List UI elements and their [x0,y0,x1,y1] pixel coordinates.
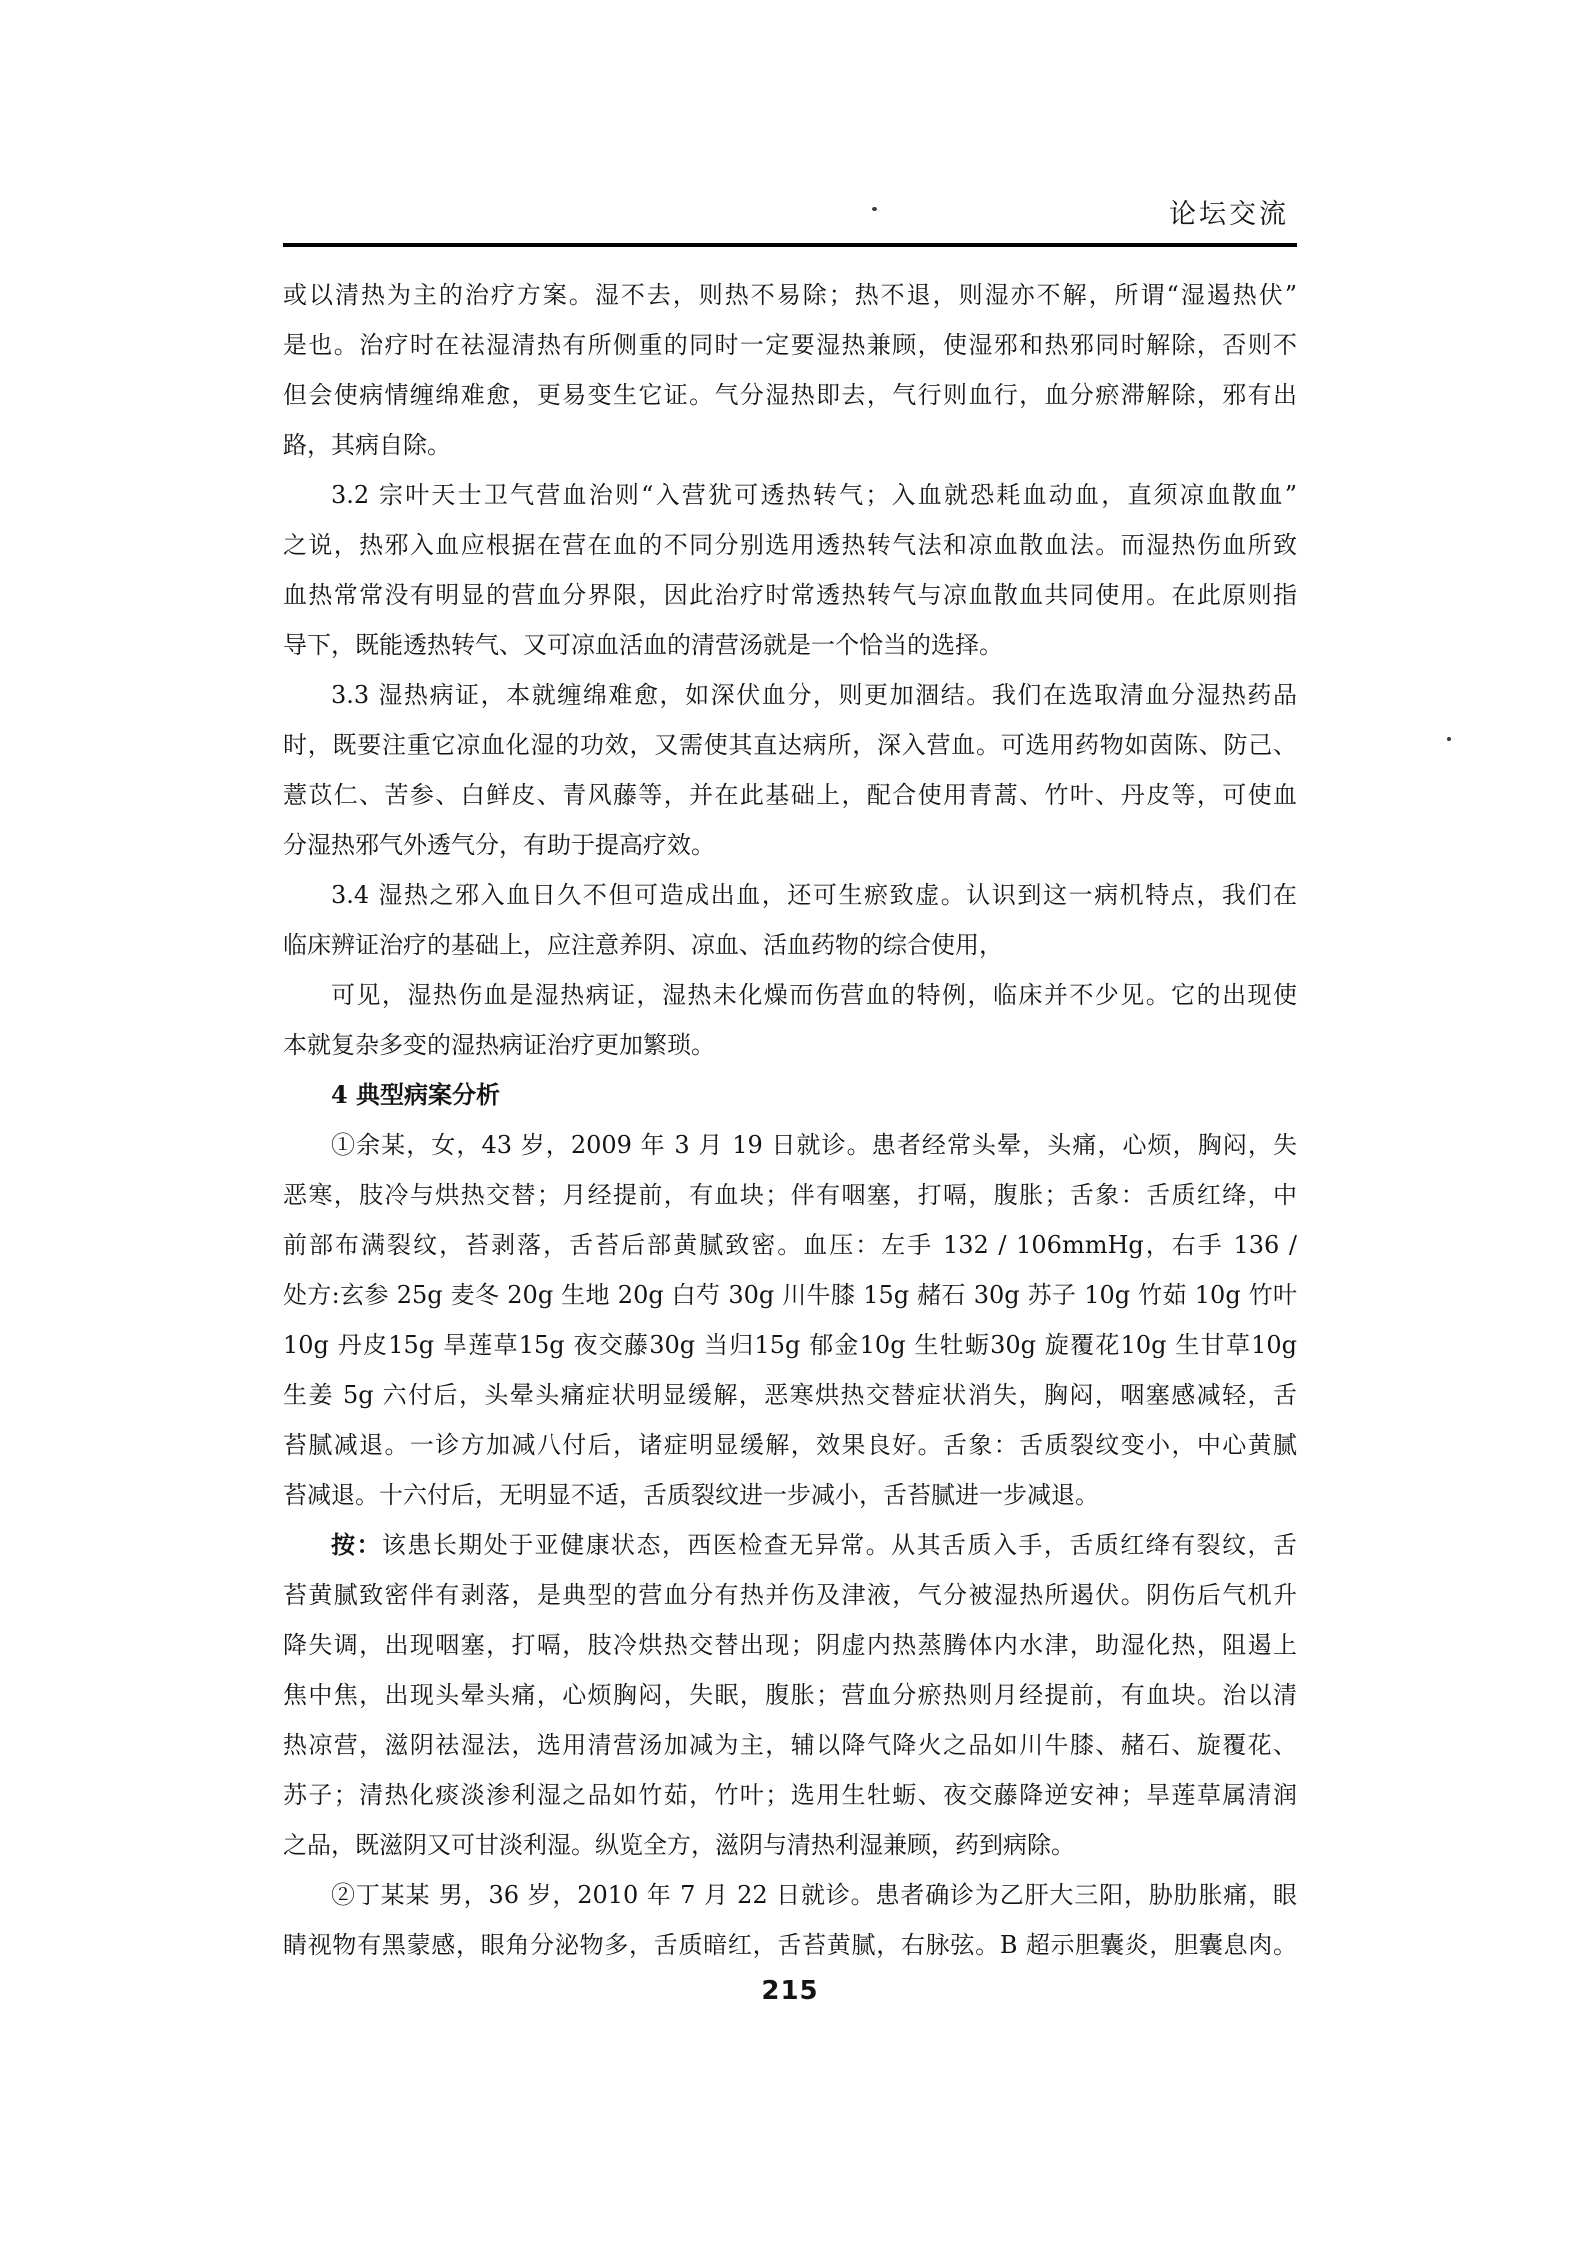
text-line: 3.2 宗叶天士卫气营血治则“入营犹可透热转气；入血就恐耗血动血，直须凉血散血” [283,470,1297,520]
text-line: 4 典型病案分析 [283,1070,1297,1120]
text-line: 焦中焦，出现头晕头痛，心烦胸闷，失眠，腹胀；营血分瘀热则月经提前，有血块。治以清 [283,1670,1297,1720]
document-body: 或以清热为主的治疗方案。湿不去，则热不易除；热不退，则湿亦不解，所谓“湿遏热伏”… [283,270,1297,1970]
text-line: 生姜 5g 六付后，头晕头痛症状明显缓解，恶寒烘热交替症状消失，胸闷，咽塞感减轻… [283,1370,1297,1420]
text-line: 路，其病自除。 [283,420,1297,470]
scan-speck [1447,737,1451,741]
text-line: 或以清热为主的治疗方案。湿不去，则热不易除；热不退，则湿亦不解，所谓“湿遏热伏” [283,270,1297,320]
text-line: 苔减退。十六付后，无明显不适，舌质裂纹进一步减小，舌苔腻进一步减退。 [283,1470,1297,1520]
scanned-page: 论坛交流 或以清热为主的治疗方案。湿不去，则热不易除；热不退，则湿亦不解，所谓“… [0,0,1586,2245]
page-number: 215 [283,1976,1297,2006]
text-line: ②丁某某 男，36 岁，2010 年 7 月 22 日就诊。患者确诊为乙肝大三阳… [283,1870,1297,1920]
text-line: 降失调，出现咽塞，打嗝，肢冷烘热交替出现；阴虚内热蒸腾体内水津，助湿化热，阻遏上 [283,1620,1297,1670]
text-line: 临床辨证治疗的基础上，应注意养阴、凉血、活血药物的综合使用， [283,920,1297,970]
text-line: 本就复杂多变的湿热病证治疗更加繁琐。 [283,1020,1297,1070]
text-line: 按：该患长期处于亚健康状态，西医检查无异常。从其舌质入手，舌质红绛有裂纹，舌 [283,1520,1297,1570]
scan-speck [872,207,877,211]
text-line: 薏苡仁、苦参、白鲜皮、青风藤等，并在此基础上，配合使用青蒿、竹叶、丹皮等，可使血 [283,770,1297,820]
header-rule [283,243,1297,247]
text-line: 热凉营，滋阴祛湿法，选用清营汤加减为主，辅以降气降火之品如川牛膝、赭石、旋覆花、 [283,1720,1297,1770]
text-line: 10g 丹皮15g 旱莲草15g 夜交藤30g 当归15g 郁金10g 生牡蛎3… [283,1320,1297,1370]
text-line: ①余某，女，43 岁，2009 年 3 月 19 日就诊。患者经常头晕，头痛，心… [283,1120,1297,1170]
text-line: 处方:玄参 25g 麦冬 20g 生地 20g 白芍 30g 川牛膝 15g 赭… [283,1270,1297,1320]
text-line: 3.4 湿热之邪入血日久不但可造成出血，还可生瘀致虚。认识到这一病机特点，我们在 [283,870,1297,920]
text-line: 可见，湿热伤血是湿热病证，湿热未化燥而伤营血的特例，临床并不少见。它的出现使 [283,970,1297,1020]
text-line: 导下，既能透热转气、又可凉血活血的清营汤就是一个恰当的选择。 [283,620,1297,670]
text-line: 恶寒，肢冷与烘热交替；月经提前，有血块；伴有咽塞，打嗝，腹胀；舌象：舌质红绛，中 [283,1170,1297,1220]
text-line: 前部布满裂纹，苔剥落，舌苔后部黄腻致密。血压：左手 132 / 106mmHg，… [283,1220,1297,1270]
text-line: 苏子；清热化痰淡渗利湿之品如竹茹，竹叶；选用生牡蛎、夜交藤降逆安神；旱莲草属清润 [283,1770,1297,1820]
text-line: 时，既要注重它凉血化湿的功效，又需使其直达病所，深入营血。可选用药物如茵陈、防己… [283,720,1297,770]
text-line: 之说，热邪入血应根据在营在血的不同分别选用透热转气法和凉血散血法。而湿热伤血所致 [283,520,1297,570]
text-line: 苔腻减退。一诊方加减八付后，诸症明显缓解，效果良好。舌象：舌质裂纹变小，中心黄腻 [283,1420,1297,1470]
text-line: 睛视物有黑蒙感，眼角分泌物多，舌质暗红，舌苔黄腻，右脉弦。B 超示胆囊炎，胆囊息… [283,1920,1297,1970]
text-line: 之品，既滋阴又可甘淡利湿。纵览全方，滋阴与清热利湿兼顾，药到病除。 [283,1820,1297,1870]
text-line: 但会使病情缠绵难愈，更易变生它证。气分湿热即去，气行则血行，血分瘀滞解除，邪有出 [283,370,1297,420]
bold-prefix: 按： [331,1530,382,1559]
text-line: 苔黄腻致密伴有剥落，是典型的营血分有热并伤及津液，气分被湿热所遏伏。阴伤后气机升 [283,1570,1297,1620]
text-line: 分湿热邪气外透气分，有助于提高疗效。 [283,820,1297,870]
page-header: 论坛交流 [283,197,1289,233]
text-line: 是也。治疗时在祛湿清热有所侧重的同时一定要湿热兼顾，使湿邪和热邪同时解除，否则不 [283,320,1297,370]
header-section-label: 论坛交流 [1169,199,1289,230]
text-line: 3.3 湿热病证，本就缠绵难愈，如深伏血分，则更加涸结。我们在选取清血分湿热药品 [283,670,1297,720]
text-line: 血热常常没有明显的营血分界限，因此治疗时常透热转气与凉血散血共同使用。在此原则指 [283,570,1297,620]
